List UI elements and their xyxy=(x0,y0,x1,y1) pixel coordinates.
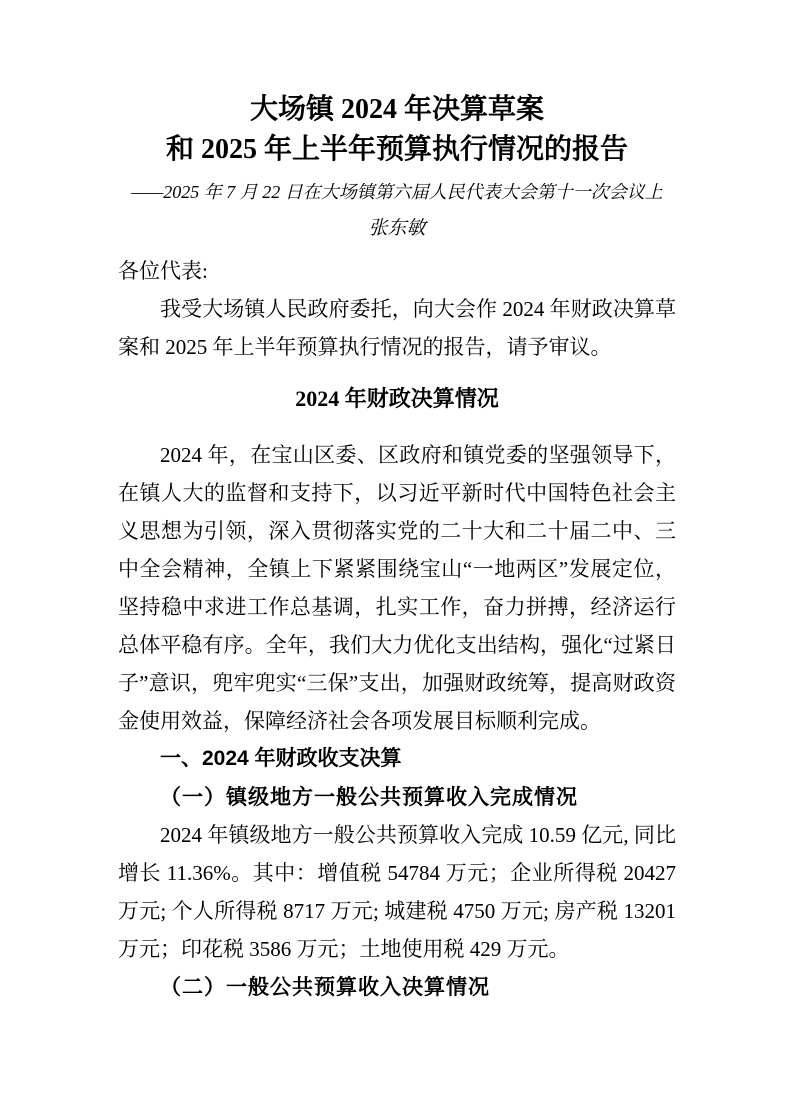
section-2024-heading: 2024 年财政决算情况 xyxy=(118,384,676,414)
section-2024-overview-paragraph: 2024 年，在宝山区委、区政府和镇党委的坚强领导下，在镇人大的监督和支持下，以… xyxy=(118,436,676,740)
salutation: 各位代表: xyxy=(118,252,676,290)
document-title: 大场镇 2024 年决算草案 和 2025 年上半年预算执行情况的报告 xyxy=(118,90,676,170)
presenter-name: 张东敏 xyxy=(118,214,676,244)
document-title-line2: 和 2025 年上半年预算执行情况的报告 xyxy=(118,130,676,170)
part1-heading: 一、2024 年财政收支决算 xyxy=(118,740,676,778)
document-page: 大场镇 2024 年决算草案 和 2025 年上半年预算执行情况的报告 ——20… xyxy=(0,0,794,1093)
document-title-line1: 大场镇 2024 年决算草案 xyxy=(118,90,676,130)
item2-heading: （二）一般公共预算收入决算情况 xyxy=(118,968,676,1006)
intro-paragraph: 我受大场镇人民政府委托，向大会作 2024 年财政决算草案和 2025 年上半年… xyxy=(118,290,676,366)
meeting-note: ——2025 年 7 月 22 日在大场镇第六届人民代表大会第十一次会议上 xyxy=(118,177,676,207)
item1-paragraph: 2024 年镇级地方一般公共预算收入完成 10.59 亿元, 同比增长 11.3… xyxy=(118,816,676,968)
item1-heading: （一）镇级地方一般公共预算收入完成情况 xyxy=(118,778,676,816)
